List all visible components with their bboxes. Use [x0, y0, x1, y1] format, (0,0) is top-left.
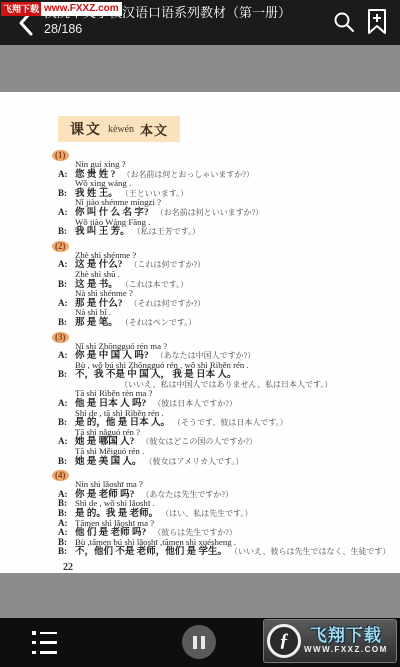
pinyin-text: Tā shì Rìběn rén ma ?	[75, 388, 152, 398]
jp-translation: （彼女はどこの国の人ですか?）	[141, 437, 257, 446]
speaker-label: B:	[58, 370, 75, 380]
speaker-label: B:	[58, 318, 75, 328]
bookmark-button[interactable]	[366, 8, 388, 35]
pinyin-text: Zhè shì shū .	[75, 269, 120, 279]
speaker-label: B:	[58, 418, 75, 428]
lesson-section: (4)Nín shì lǎoshī ma ?A:你 是 老师 吗?（あなたは先生…	[58, 468, 400, 557]
watermark-site-name: 飞翔下载	[1, 2, 41, 16]
hanzi-text: 不，我 不是 中 国 人， 我 是 日本 人。	[75, 370, 237, 380]
lesson-line: B:不，我 不是 中 国 人， 我 是 日本 人。	[58, 370, 400, 380]
lesson-section: (2)Zhè shì shénme ?A:这 是 什么?（これは何ですか?）Zh…	[58, 239, 400, 328]
pinyin-text: Tā shì Měiguó rén .	[75, 446, 144, 456]
hanzi-text: 她 是 美 国 人。	[75, 457, 142, 467]
fxxz-logo-icon: ƒ	[267, 624, 301, 658]
lesson-line: Nín shì lǎoshī ma ?	[58, 480, 400, 490]
hanzi-text: 那 是 笔。	[75, 318, 118, 328]
pause-icon	[193, 636, 197, 649]
pinyin-text: Wǒ xìng wáng .	[75, 178, 131, 188]
search-button[interactable]	[332, 10, 356, 34]
lesson-header-cn: 课文	[70, 119, 102, 139]
jp-translation: （そうです、彼は日本人です。）	[177, 418, 288, 427]
lesson-line: B:那 是 笔。（それはペンです。）	[58, 318, 400, 328]
jp-translation: （私は王芳です。）	[137, 227, 200, 236]
jp-translation: （彼女はアメリカ人です。）	[149, 457, 244, 466]
speaker-label: B:	[58, 280, 75, 290]
pinyin-text: Nǐ jiào shénme míngzi ?	[75, 197, 161, 207]
pinyin-text: Nà shì shénme ?	[75, 288, 133, 298]
pinyin-text: Bù ,tāmen bú shì lǎoshī ,tāmen shì xuésh…	[75, 537, 236, 547]
lesson-line: Nǐ shì Zhōngguó rén ma ?	[58, 342, 400, 352]
list-icon	[32, 631, 58, 635]
jp-translation: （お名前は何とおっしゃいますか?）	[122, 170, 254, 179]
section-marker: (4)	[52, 470, 69, 481]
lesson-line: Tā shì nǎguó rén ?	[58, 428, 400, 438]
fxxz-logo-text: 飞翔下载	[310, 627, 382, 645]
lesson-line: Nà shì bǐ .	[58, 308, 400, 318]
lesson-sections: (1)Nín guì xìng ?A:您 贵 姓 ?（お名前は何とおっしゃいます…	[0, 148, 400, 557]
speaker-label: A:	[58, 351, 75, 361]
jp-translation: （あなたは先生ですか?）	[141, 490, 233, 499]
fxxz-logo-url: WWW.FXXZ.COM	[304, 645, 388, 655]
jp-translation: （これは何ですか?）	[130, 260, 206, 269]
lesson-line: Shì de , tā shì Rìběn rén .	[58, 409, 400, 419]
lesson-header: 课文 kèwén 本文	[58, 116, 180, 142]
bottom-bar: ƒ 飞翔下载 WWW.FXXZ.COM	[0, 618, 400, 667]
fxxz-logo-watermark: ƒ 飞翔下载 WWW.FXXZ.COM	[263, 619, 397, 663]
section-marker: (2)	[52, 241, 69, 252]
list-icon	[32, 641, 58, 645]
lesson-header-pinyin: kèwén	[108, 124, 134, 135]
lesson-line: Nà shì shénme ?	[58, 289, 400, 299]
lesson-line: Nǐ jiào shénme míngzi ?	[58, 198, 400, 208]
lesson-line: B:Bù ,tāmen bú shì lǎoshī ,tāmen shì xué…	[58, 538, 400, 548]
pinyin-text: Shì de , wǒ shì lǎoshī .	[75, 498, 155, 508]
book-page[interactable]: 课文 kèwén 本文 (1)Nín guì xìng ?A:您 贵 姓 ?（お…	[0, 92, 400, 573]
speaker-label: A:	[58, 260, 75, 270]
hanzi-text: 不，他们 不是 老师，他们 是 学生。	[75, 547, 227, 557]
lesson-line: Wǒ xìng wáng .	[58, 179, 400, 189]
book-page-number: 22	[63, 562, 400, 573]
speaker-label: A:	[58, 399, 75, 409]
jp-translation: （それは何ですか?）	[130, 299, 206, 308]
site-watermark: 飞翔下载 www.FXXZ.com	[1, 2, 122, 16]
speaker-label: A:	[58, 437, 75, 447]
lesson-line: Nín guì xìng ?	[58, 160, 400, 170]
speaker-label: B:	[58, 189, 75, 199]
lesson-header-jp: 本文	[140, 120, 168, 139]
speaker-label: B:	[58, 457, 75, 467]
pinyin-text: Tā shì nǎguó rén ?	[75, 427, 140, 437]
section-marker: (1)	[52, 150, 69, 161]
lesson-section: (1)Nín guì xìng ?A:您 贵 姓 ?（お名前は何とおっしゃいます…	[58, 148, 400, 237]
speaker-label: A:	[58, 208, 75, 218]
pinyin-text: Nín guì xìng ?	[75, 159, 126, 169]
jp-translation: （彼は日本人ですか?）	[153, 399, 237, 408]
pause-button[interactable]	[182, 625, 216, 659]
hanzi-text: 我 叫 王 芳。	[75, 227, 130, 237]
speaker-label: B:	[58, 227, 75, 237]
jp-translation: （これは本です。）	[125, 280, 188, 289]
pinyin-text: Nín shì lǎoshī ma ?	[75, 479, 143, 489]
pinyin-text: Shì de , tā shì Rìběn rén .	[75, 408, 164, 418]
list-icon	[32, 651, 58, 655]
lesson-line: Bù , wǒ bú shì Zhōngguó rén , wǒ shì Rìb…	[58, 361, 400, 371]
pinyin-text: Zhè shì shénme ?	[75, 250, 136, 260]
pinyin-text: Wǒ jiào Wáng Fāng .	[75, 217, 150, 227]
pinyin-text: Tāmen shì lǎoshī ma ?	[75, 518, 154, 528]
lesson-line: Wǒ jiào Wáng Fāng .	[58, 218, 400, 228]
table-of-contents-button[interactable]	[32, 631, 58, 654]
section-marker: (3)	[52, 332, 69, 343]
bookmark-plus-icon	[366, 8, 388, 35]
jp-translation: （それはペンです。）	[125, 318, 196, 327]
lesson-line: Tā shì Měiguó rén .	[58, 447, 400, 457]
pause-icon	[201, 636, 205, 649]
lesson-line: Zhè shì shénme ?	[58, 251, 400, 261]
search-icon	[332, 10, 356, 34]
lesson-line: B:她 是 美 国 人。（彼女はアメリカ人です。）	[58, 457, 400, 467]
lesson-section: (3)Nǐ shì Zhōngguó rén ma ?A:你 是 中 国 人 吗…	[58, 330, 400, 467]
page-indicator: 28/186	[44, 21, 304, 38]
lesson-line: A:Tāmen shì lǎoshī ma ?	[58, 519, 400, 529]
watermark-site-url: www.FXXZ.com	[41, 2, 122, 16]
lesson-line: Zhè shì shū .	[58, 270, 400, 280]
lesson-line: B:不，他们 不是 老师，他们 是 学生。（いいえ、彼らは先生ではなく、生徒です…	[58, 547, 400, 557]
lesson-line: B:我 叫 王 芳。（私は王芳です。）	[58, 227, 400, 237]
jp-translation: （いいえ、彼らは先生ではなく、生徒です）	[234, 547, 390, 556]
speaker-label: A:	[58, 170, 75, 180]
pinyin-text: Nǐ shì Zhōngguó rén ma ?	[75, 341, 167, 351]
speaker-label: B:	[58, 547, 75, 557]
jp-translation: （はい、私は先生です。）	[165, 509, 252, 518]
lesson-line: B:Shì de , wǒ shì lǎoshī .	[58, 499, 400, 509]
pinyin-text: Bù , wǒ bú shì Zhōngguó rén , wǒ shì Rìb…	[75, 360, 249, 370]
pinyin-text: Nà shì bǐ .	[75, 307, 111, 317]
jp-translation: （お名前は何といいますか?）	[156, 208, 264, 217]
speaker-label: A:	[58, 299, 75, 309]
lesson-line: Tā shì Rìběn rén ma ?	[58, 389, 400, 399]
